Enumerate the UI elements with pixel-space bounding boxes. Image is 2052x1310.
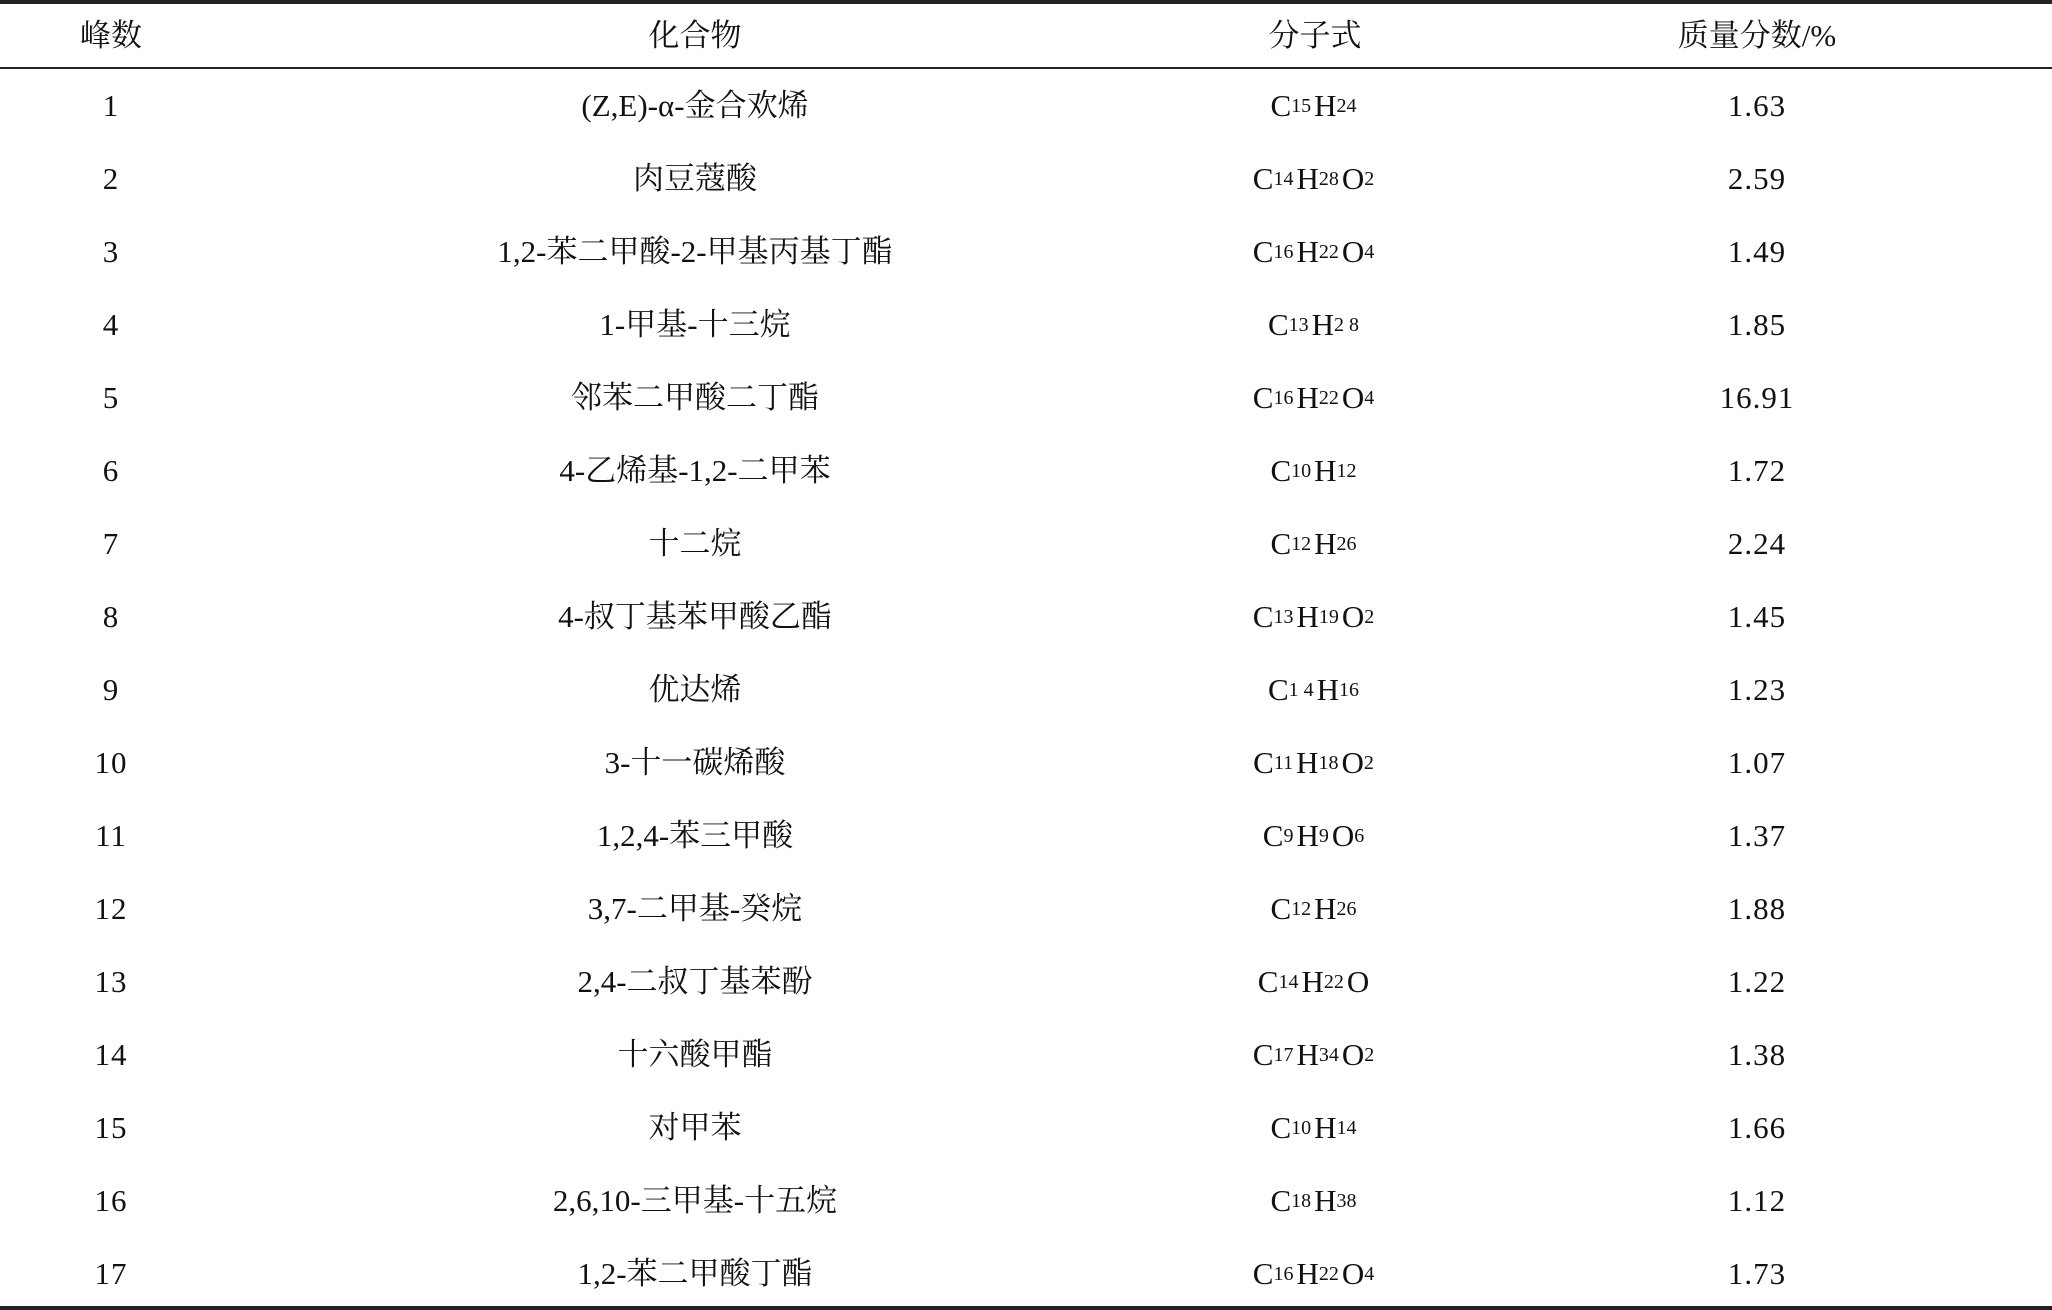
cell-peak: 6 <box>11 434 211 507</box>
cell-mass-fraction: 1.72 <box>1607 434 1907 507</box>
cell-formula: C16H22O4 <box>1165 361 1465 434</box>
formula-element: C <box>1263 820 1284 851</box>
table-row: 9优达烯C1 4H161.23 <box>0 653 2052 726</box>
cell-mass-fraction: 1.38 <box>1607 1018 1907 1091</box>
formula-element: O <box>1342 1039 1364 1070</box>
cell-peak: 2 <box>11 142 211 215</box>
formula-element: O <box>1332 820 1354 851</box>
cell-mass-fraction: 1.12 <box>1607 1164 1907 1237</box>
cell-peak: 10 <box>11 726 211 799</box>
cell-compound: 邻苯二甲酸二丁酯 <box>395 361 995 434</box>
cell-formula: C17H34O2 <box>1165 1018 1465 1091</box>
cell-compound: 十六酸甲酯 <box>395 1018 995 1091</box>
cell-compound: 4-乙烯基-1,2-二甲苯 <box>395 434 995 507</box>
cell-peak: 16 <box>11 1164 211 1237</box>
table-row: 111,2,4-苯三甲酸C9H9O61.37 <box>0 799 2052 872</box>
cell-formula: C10H12 <box>1165 434 1465 507</box>
header-peak: 峰数 <box>11 0 211 69</box>
cell-compound: 1,2-苯二甲酸-2-甲基丙基丁酯 <box>395 215 995 288</box>
cell-mass-fraction: 1.49 <box>1607 215 1907 288</box>
formula-element: H <box>1296 601 1318 632</box>
table-header-row: 峰数 化合物 分子式 质量分数/% <box>0 0 2052 67</box>
formula-element: O <box>1342 1258 1364 1289</box>
cell-mass-fraction: 1.22 <box>1607 945 1907 1018</box>
formula-element: H <box>1296 1258 1318 1289</box>
formula-element: H <box>1296 747 1318 778</box>
cell-formula: C11H18O2 <box>1165 726 1465 799</box>
cell-formula: C10H14 <box>1165 1091 1465 1164</box>
formula-element: C <box>1270 528 1291 559</box>
cell-compound: 对甲苯 <box>395 1091 995 1164</box>
table-bottom-rule <box>0 1306 2052 1310</box>
cell-compound: 2,6,10-三甲基-十五烷 <box>395 1164 995 1237</box>
cell-mass-fraction: 1.73 <box>1607 1237 1907 1310</box>
formula-element: C <box>1270 1185 1291 1216</box>
cell-formula: C14H28O2 <box>1165 142 1465 215</box>
formula-element: C <box>1258 966 1279 997</box>
cell-formula: C18H38 <box>1165 1164 1465 1237</box>
cell-compound: 2,4-二叔丁基苯酚 <box>395 945 995 1018</box>
cell-formula: C9H9O6 <box>1165 799 1465 872</box>
header-mass-fraction: 质量分数/% <box>1607 0 1907 69</box>
formula-element: H <box>1296 820 1318 851</box>
table-row: 31,2-苯二甲酸-2-甲基丙基丁酯C16H22O41.49 <box>0 215 2052 288</box>
cell-formula: C16H22O4 <box>1165 215 1465 288</box>
cell-peak: 17 <box>11 1237 211 1310</box>
cell-mass-fraction: 2.59 <box>1607 142 1907 215</box>
cell-mass-fraction: 1.85 <box>1607 288 1907 361</box>
formula-element: O <box>1342 382 1364 413</box>
formula-element: C <box>1253 236 1274 267</box>
cell-compound: 1,2,4-苯三甲酸 <box>395 799 995 872</box>
table-row: 7十二烷C12H262.24 <box>0 507 2052 580</box>
table-row: 5邻苯二甲酸二丁酯C16H22O416.91 <box>0 361 2052 434</box>
cell-peak: 15 <box>11 1091 211 1164</box>
formula-element: H <box>1314 90 1336 121</box>
header-formula: 分子式 <box>1165 0 1465 69</box>
formula-element: C <box>1253 601 1274 632</box>
cell-formula: C13H19O2 <box>1165 580 1465 653</box>
formula-element: H <box>1296 236 1318 267</box>
cell-mass-fraction: 2.24 <box>1607 507 1907 580</box>
table-row: 171,2-苯二甲酸丁酯C16H22O41.73 <box>0 1237 2052 1310</box>
formula-element: O <box>1342 163 1364 194</box>
cell-compound: 1,2-苯二甲酸丁酯 <box>395 1237 995 1310</box>
cell-mass-fraction: 1.45 <box>1607 580 1907 653</box>
cell-peak: 3 <box>11 215 211 288</box>
formula-element: C <box>1253 382 1274 413</box>
cell-formula: C13H2 8 <box>1165 288 1465 361</box>
cell-mass-fraction: 1.37 <box>1607 799 1907 872</box>
formula-element: H <box>1317 674 1339 705</box>
cell-peak: 13 <box>11 945 211 1018</box>
formula-element: H <box>1296 1039 1318 1070</box>
cell-mass-fraction: 1.07 <box>1607 726 1907 799</box>
cell-peak: 9 <box>11 653 211 726</box>
cell-peak: 8 <box>11 580 211 653</box>
formula-element: H <box>1296 382 1318 413</box>
cell-formula: C12H26 <box>1165 872 1465 945</box>
cell-compound: 十二烷 <box>395 507 995 580</box>
cell-mass-fraction: 1.88 <box>1607 872 1907 945</box>
formula-element: H <box>1296 163 1318 194</box>
cell-peak: 4 <box>11 288 211 361</box>
table-row: 64-乙烯基-1,2-二甲苯C10H121.72 <box>0 434 2052 507</box>
cell-peak: 11 <box>11 799 211 872</box>
cell-compound: 3-十一碳烯酸 <box>395 726 995 799</box>
cell-compound: 3,7-二甲基-癸烷 <box>395 872 995 945</box>
table-row: 162,6,10-三甲基-十五烷C18H381.12 <box>0 1164 2052 1237</box>
formula-element: C <box>1270 893 1291 924</box>
formula-element: H <box>1314 1185 1336 1216</box>
formula-element: O <box>1341 747 1363 778</box>
cell-mass-fraction: 1.23 <box>1607 653 1907 726</box>
formula-element: C <box>1253 1258 1274 1289</box>
cell-formula: C15H24 <box>1165 69 1465 142</box>
table-row: 103-十一碳烯酸C11H18O21.07 <box>0 726 2052 799</box>
table-row: 84-叔丁基苯甲酸乙酯C13H19O21.45 <box>0 580 2052 653</box>
cell-mass-fraction: 16.91 <box>1607 361 1907 434</box>
table-row: 132,4-二叔丁基苯酚C14H22O1.22 <box>0 945 2052 1018</box>
formula-element: C <box>1270 1112 1291 1143</box>
formula-element: C <box>1253 1039 1274 1070</box>
cell-peak: 1 <box>11 69 211 142</box>
cell-formula: C12H26 <box>1165 507 1465 580</box>
cell-peak: 12 <box>11 872 211 945</box>
table-row: 2肉豆蔻酸C14H28O22.59 <box>0 142 2052 215</box>
cell-compound: (Z,E)-α-金合欢烯 <box>395 69 995 142</box>
formula-element: H <box>1314 528 1336 559</box>
compound-table: 峰数 化合物 分子式 质量分数/% 1(Z,E)-α-金合欢烯C15H241.6… <box>0 0 2052 1310</box>
formula-element: H <box>1314 455 1336 486</box>
cell-peak: 14 <box>11 1018 211 1091</box>
cell-peak: 5 <box>11 361 211 434</box>
cell-compound: 肉豆蔻酸 <box>395 142 995 215</box>
table-row: 14十六酸甲酯C17H34O21.38 <box>0 1018 2052 1091</box>
formula-element: H <box>1314 1112 1336 1143</box>
table-row: 123,7-二甲基-癸烷C12H261.88 <box>0 872 2052 945</box>
formula-element: O <box>1342 236 1364 267</box>
formula-element: O <box>1342 601 1364 632</box>
formula-element: H <box>1312 309 1334 340</box>
cell-formula: C14H22O <box>1165 945 1465 1018</box>
cell-formula: C16H22O4 <box>1165 1237 1465 1310</box>
formula-element: H <box>1314 893 1336 924</box>
cell-mass-fraction: 1.63 <box>1607 69 1907 142</box>
formula-element: C <box>1253 747 1274 778</box>
cell-compound: 4-叔丁基苯甲酸乙酯 <box>395 580 995 653</box>
cell-peak: 7 <box>11 507 211 580</box>
cell-formula: C1 4H16 <box>1165 653 1465 726</box>
header-compound: 化合物 <box>395 0 995 69</box>
cell-compound: 优达烯 <box>395 653 995 726</box>
cell-mass-fraction: 1.66 <box>1607 1091 1907 1164</box>
formula-element: C <box>1253 163 1274 194</box>
formula-element: C <box>1270 90 1291 121</box>
cell-compound: 1-甲基-十三烷 <box>395 288 995 361</box>
formula-element: C <box>1268 309 1289 340</box>
formula-element: H <box>1301 966 1323 997</box>
formula-element: C <box>1268 674 1289 705</box>
table-row: 15对甲苯C10H141.66 <box>0 1091 2052 1164</box>
formula-element: C <box>1270 455 1291 486</box>
table-row: 41-甲基-十三烷C13H2 81.85 <box>0 288 2052 361</box>
table-row: 1(Z,E)-α-金合欢烯C15H241.63 <box>0 69 2052 142</box>
formula-element: O <box>1347 966 1369 997</box>
